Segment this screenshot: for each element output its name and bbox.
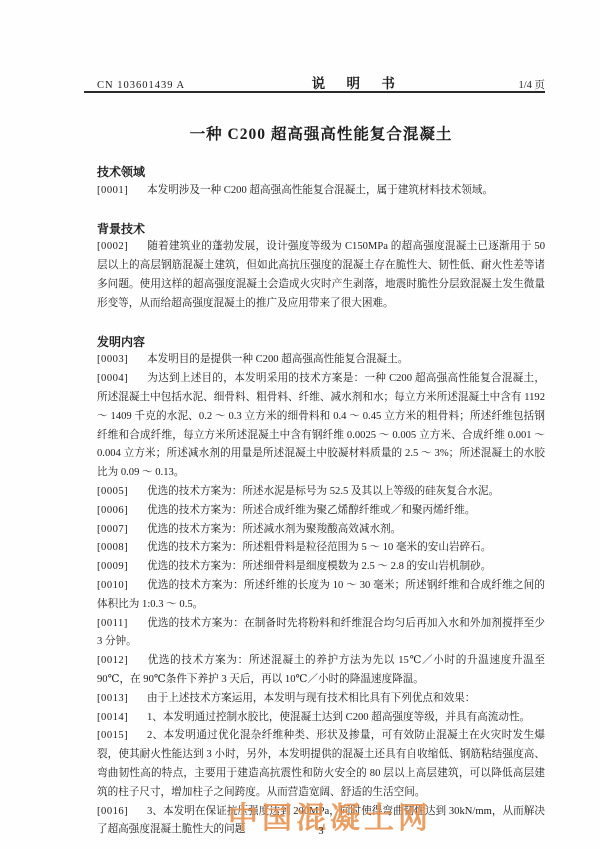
paragraph-text: 优选的技术方案为：所述水泥是标号为 52.5 及其以上等级的硅灰复合水泥。 [147, 486, 499, 497]
paragraph-number: [0016] [97, 803, 130, 822]
paragraph: [0001]本发明涉及一种 C200 超高强高性能复合混凝土，属于建筑材料技术领… [97, 182, 545, 201]
document-type-title: 说 明 书 [312, 72, 404, 92]
paragraph-number: [0009] [97, 558, 130, 577]
paragraph: [0015]2、本发明通过优化混杂纤维种类、形状及掺量，可有效防止混凝土在火灾时… [97, 727, 545, 802]
paragraph: [0011]优选的技术方案为：在制备时先将粉料和纤维混合均匀后再加入水和外加剂搅… [97, 615, 545, 653]
paragraph-text: 1、本发明通过控制水胶比，使混凝土达到 C200 超高强度等级，并具有高流动性。 [147, 712, 530, 723]
paragraph: [0013]由于上述技术方案运用，本发明与现有技术相比具有下列优点和效果： [97, 690, 545, 709]
paragraph: [0004]为达到上述目的，本发明采用的技术方案是：一种 C200 超高强高性能… [97, 370, 545, 483]
paragraph-number: [0006] [97, 502, 130, 521]
paragraph-text: 2、本发明通过优化混杂纤维种类、形状及掺量，可有效防止混凝土在火灾时发生爆裂，使… [97, 730, 545, 797]
paragraph-number: [0015] [97, 727, 130, 746]
paragraph-number: [0007] [97, 521, 130, 540]
paragraph-text: 优选的技术方案为：在制备时先将粉料和纤维混合均匀后再加入水和外加剂搅拌至少 3 … [97, 618, 545, 648]
section-heading: 背景技术 [97, 220, 545, 239]
paragraph-number: [0003] [97, 351, 130, 370]
paragraph-number: [0008] [97, 539, 130, 558]
header-rule [84, 91, 545, 93]
paragraph: [0006]优选的技术方案为：所述合成纤维为聚乙烯醇纤维或／和聚丙烯纤维。 [97, 502, 545, 521]
paragraph: [0007]优选的技术方案为：所述减水剂为聚羧酸高效减水剂。 [97, 521, 545, 540]
paragraph-number: [0012] [97, 652, 130, 671]
paragraph-number: [0004] [97, 370, 130, 389]
paragraph-text: 优选的技术方案为：所述减水剂为聚羧酸高效减水剂。 [147, 524, 401, 535]
paragraph-number: [0013] [97, 690, 130, 709]
paragraph-number: [0010] [97, 577, 130, 596]
page-header: CN 103601439 A 说 明 书 1/4 页 [97, 72, 545, 92]
paragraph-text: 本发明目的是提供一种 C200 超高强高性能复合混凝土。 [147, 354, 408, 365]
patent-specification-page: CN 103601439 A 说 明 书 1/4 页 一种 C200 超高强高性… [0, 0, 600, 849]
section-heading: 技术领域 [97, 163, 545, 182]
paragraph: [0014]1、本发明通过控制水胶比，使混凝土达到 C200 超高强度等级，并具… [97, 709, 545, 728]
paragraph: [0008]优选的技术方案为：所述粗骨料是粒径范围为 5 ～ 10 毫米的安山岩… [97, 539, 545, 558]
page-indicator: 1/4 页 [518, 77, 545, 92]
paragraph: [0009]优选的技术方案为：所述细骨料是细度模数为 2.5 ～ 2.8 的安山… [97, 558, 545, 577]
paragraph-text: 由于上述技术方案运用，本发明与现有技术相比具有下列优点和效果： [147, 693, 475, 704]
paragraph-text: 为达到上述目的，本发明采用的技术方案是：一种 C200 超高强高性能复合混凝土，… [97, 373, 545, 478]
paragraph: [0010]优选的技术方案为：所述纤维的长度为 10 ～ 30 毫米；所述钢纤维… [97, 577, 545, 615]
section-heading: 发明内容 [97, 333, 545, 352]
paragraph: [0012]优选的技术方案为：所述混凝土的养护方法为先以 15℃／小时的升温速度… [97, 652, 545, 690]
paragraph-number: [0014] [97, 709, 130, 728]
paragraph: [0003]本发明目的是提供一种 C200 超高强高性能复合混凝土。 [97, 351, 545, 370]
paragraph: [0005]优选的技术方案为：所述水泥是标号为 52.5 及其以上等级的硅灰复合… [97, 483, 545, 502]
paragraph-number: [0002] [97, 238, 130, 257]
paragraph-text: 本发明涉及一种 C200 超高强高性能复合混凝土，属于建筑材料技术领域。 [147, 185, 493, 196]
document-body: 技术领域[0001]本发明涉及一种 C200 超高强高性能复合混凝土，属于建筑材… [97, 163, 545, 840]
paragraph-text: 优选的技术方案为：所述合成纤维为聚乙烯醇纤维或／和聚丙烯纤维。 [147, 505, 475, 516]
paragraph-number: [0005] [97, 483, 130, 502]
paragraph-text: 优选的技术方案为：所述粗骨料是粒径范围为 5 ～ 10 毫米的安山岩碎石。 [147, 542, 491, 553]
patent-number: CN 103601439 A [97, 80, 185, 91]
paragraph-text: 随着建筑业的蓬勃发展，设计强度等级为 C150MPa 的超高强度混凝土已逐渐用于… [97, 241, 545, 308]
paragraph-text: 优选的技术方案为：所述细骨料是细度模数为 2.5 ～ 2.8 的安山岩机制砂。 [147, 561, 491, 572]
invention-title: 一种 C200 超高强高性能复合混凝土 [97, 122, 545, 144]
paragraph: [0002]随着建筑业的蓬勃发展，设计强度等级为 C150MPa 的超高强度混凝… [97, 238, 545, 313]
paragraph-number: [0011] [97, 615, 130, 634]
paragraph-text: 优选的技术方案为：所述纤维的长度为 10 ～ 30 毫米；所述钢纤维和合成纤维之… [97, 580, 545, 610]
paragraph-number: [0001] [97, 182, 130, 201]
page-number: 3 [97, 826, 545, 837]
page-content: 一种 C200 超高强高性能复合混凝土 技术领域[0001]本发明涉及一种 C2… [97, 100, 545, 840]
paragraph-text: 优选的技术方案为：所述混凝土的养护方法为先以 15℃／小时的升温速度升温至 90… [97, 655, 545, 685]
